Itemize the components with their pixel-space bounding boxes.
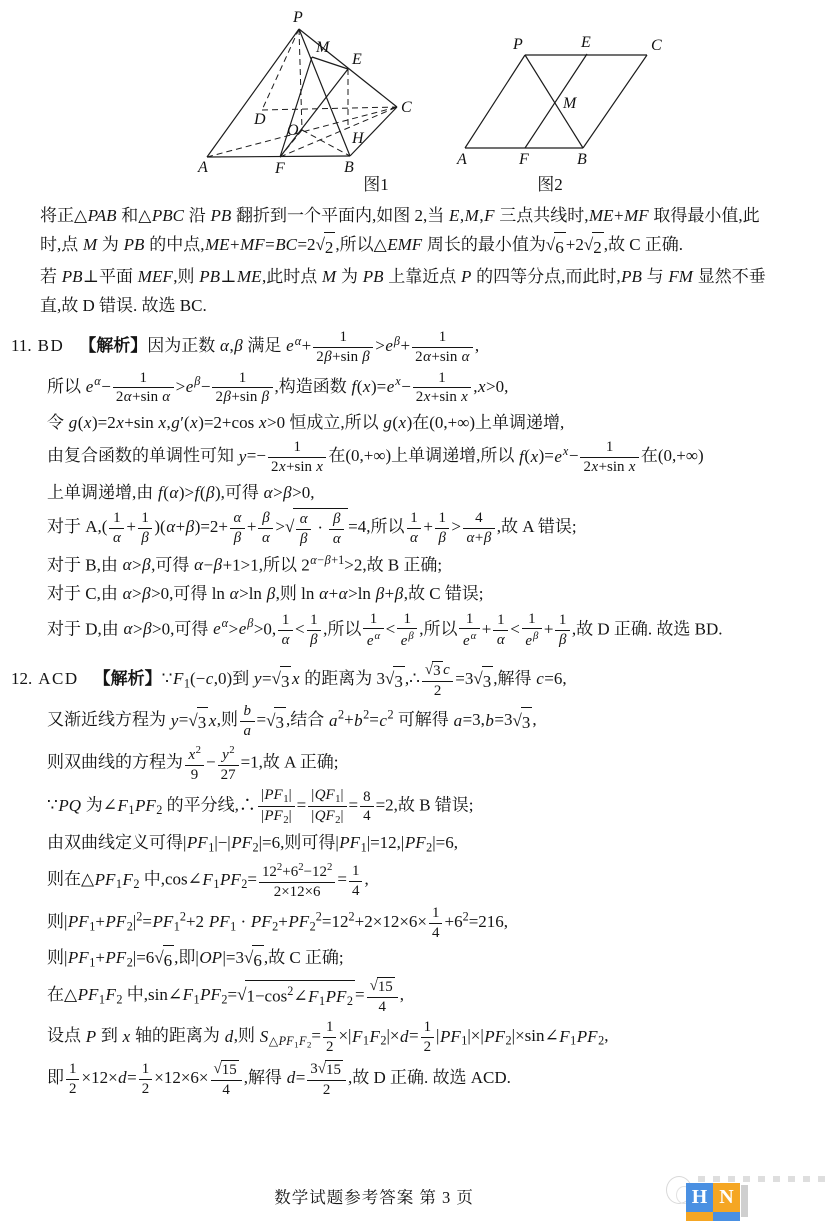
fraction: 1β xyxy=(307,612,321,648)
math-line: 所以 eα−12α+sin α>eβ−12β+sin β,构造函数 f(x)=e… xyxy=(11,369,819,407)
math-line: 令 g(x)=2x+sin x,g′(x)=2+cos x>0 恒成立,所以 g… xyxy=(11,409,819,436)
answer-letters: ACD xyxy=(38,669,78,688)
fraction: 12 xyxy=(421,1019,434,1055)
fraction: 12α+sin α xyxy=(412,329,473,365)
math-line: 上单调递增,由 f(α)>f(β),可得 α>β>0, xyxy=(11,479,819,506)
math-line: 又渐近线方程为 y=√3x,则ba=√3,结合 a2+b2=c2 可解得 a=3… xyxy=(11,702,819,740)
math-line: 将正△PAB 和△PBC 沿 PB 翻折到一个平面内,如图 2,当 E,M,F … xyxy=(11,202,819,229)
watermark-ghost-text xyxy=(698,1176,830,1182)
vertex-label-M: M xyxy=(562,95,578,112)
radical: √3 xyxy=(188,711,208,730)
vertex-label-C: C xyxy=(401,99,412,116)
fraction: 1eβ xyxy=(522,611,542,650)
answer-letters: BD xyxy=(38,336,65,355)
math-line: 则在△PF1F2 中,cos∠F1PF2=122+62−1222×12×6=14… xyxy=(11,860,819,901)
math-line: 则双曲线的方程为x29−y227=1,故 A 正确; xyxy=(11,743,819,784)
radical: √3 xyxy=(272,669,292,688)
math-line: 则|PF1+PF2|2=PF12+2 PF1 · PF2+PF22=122+2×… xyxy=(11,904,819,942)
figure-1-caption: 图1 xyxy=(352,170,400,195)
fraction: 14 xyxy=(349,863,362,899)
vertex-label-A: A xyxy=(197,159,208,176)
fraction: 1β xyxy=(555,612,569,648)
fraction: |QF1||QF2| xyxy=(308,787,346,826)
vertex-label-P: P xyxy=(512,36,523,53)
vertex-label-M: M xyxy=(315,39,331,56)
fraction: x29 xyxy=(185,744,204,783)
vertex-label-H: H xyxy=(351,130,365,147)
edge-EF xyxy=(280,69,348,157)
math-line: 则|PF1+PF2|=6√6,即|OP|=3√6,故 C 正确; xyxy=(11,944,819,974)
vertex-label-B: B xyxy=(577,151,587,168)
radical: √6 xyxy=(546,235,566,254)
edge-AP xyxy=(465,55,525,148)
math-line: 对于 A,(1α+1β)(α+β)=2+αβ+βα>√αβ · βα=4,所以1… xyxy=(11,508,819,548)
radical: √3 xyxy=(473,669,493,688)
radical: √2 xyxy=(584,235,604,254)
fraction: 1α xyxy=(109,510,124,546)
math-line: 由双曲线定义可得|PF1|−|PF2|=6,则可得|PF1|=12,|PF2|=… xyxy=(11,829,819,858)
fraction: 12 xyxy=(323,1019,336,1055)
fraction: 1α xyxy=(407,510,422,546)
fraction: 12 xyxy=(139,1061,152,1097)
fraction: 12 xyxy=(66,1061,79,1097)
vertex-label-F: F xyxy=(518,151,529,168)
fraction: 12x+sin x xyxy=(268,439,326,475)
edge-CP xyxy=(299,29,397,107)
fraction: 3√152 xyxy=(307,1060,346,1098)
vertex-label-A: A xyxy=(456,151,467,168)
math-line: 对于 C,由 α>β>0,可得 ln α>ln β,则 ln α+α>ln β+… xyxy=(11,580,819,607)
vertex-label-D: D xyxy=(253,111,266,128)
radical: √2 xyxy=(316,235,336,254)
question-item-12: 12.ACD【解析】∵F1(−c,0)到 y=√3x 的距离为 3√3,∴√3c… xyxy=(11,660,819,1099)
math-line: 12.ACD【解析】∵F1(−c,0)到 y=√3x 的距离为 3√3,∴√3c… xyxy=(11,660,819,700)
vertex-label-F: F xyxy=(274,160,285,177)
fraction: αβ xyxy=(296,511,311,547)
math-line: ∵PQ 为∠F1PF2 的平分线,∴|PF1||PF2|=|QF1||QF2|=… xyxy=(11,786,819,827)
fraction: 12x+sin x xyxy=(413,370,471,406)
figure-2-caption: 图2 xyxy=(526,170,574,195)
math-line: 对于 D,由 α>β>0,可得 eα>eβ>0,1α<1β,所以1eα<1eβ,… xyxy=(11,610,819,651)
logo-letter-h: H xyxy=(686,1183,713,1212)
fraction: 12β+sin β xyxy=(313,329,373,365)
fraction: 14 xyxy=(429,905,442,941)
math-line: 在△PF1F2 中,sin∠F1PF2=√1−cos2∠F1PF2=√154, xyxy=(11,976,819,1016)
figure-1-diagram: PMECDOHAFB xyxy=(150,2,450,182)
radical: √αβ · βα xyxy=(285,517,348,536)
fraction: 84 xyxy=(360,789,373,825)
radical: √6 xyxy=(244,948,264,967)
fraction: y227 xyxy=(218,744,239,783)
edge-PO xyxy=(299,29,302,130)
figure-2-diagram: PECMAFB xyxy=(450,30,680,180)
paragraph-q10-tail: 将正△PAB 和△PBC 沿 PB 翻折到一个平面内,如图 2,当 E,M,F … xyxy=(11,202,819,319)
fraction: 12x+sin x xyxy=(580,439,638,475)
fraction: 122+62−1222×12×6 xyxy=(259,861,335,900)
math-line: 设点 P 到 x 轴的距离为 d,则 S△PF1F2=12×|F1F2|×d=1… xyxy=(11,1018,819,1056)
math-line: 由复合函数的单调性可知 y=−12x+sin x在(0,+∞)上单调递增,所以 … xyxy=(11,438,819,476)
math-line: 11.BD【解析】因为正数 α,β 满足 eα+12β+sin β>eβ+12α… xyxy=(11,328,819,366)
radical: √15 xyxy=(318,1061,343,1077)
edge-PD xyxy=(262,29,299,110)
fraction: 4α+β xyxy=(463,510,495,546)
fraction: √154 xyxy=(211,1060,242,1098)
radical: √3 xyxy=(266,711,286,730)
fraction: 1eβ xyxy=(397,611,417,650)
edge-DC xyxy=(262,107,397,110)
page-footer: 数学试题参考答案 第 3 页 xyxy=(0,1184,748,1208)
vertex-label-O: O xyxy=(287,122,299,139)
figure-1: PMECDOHAFB xyxy=(150,2,450,187)
logo-letter-n: N xyxy=(713,1183,740,1212)
question-number: 11. xyxy=(11,336,32,355)
fraction: √3c2 xyxy=(422,661,453,699)
vertex-label-E: E xyxy=(351,51,362,68)
edge-AP xyxy=(207,29,299,157)
fraction: βα xyxy=(329,511,344,547)
fraction: 1eα xyxy=(459,611,479,650)
logo-strip xyxy=(686,1212,713,1221)
edge-FE xyxy=(525,54,587,148)
radical: √3 xyxy=(513,711,533,730)
fraction: |PF1||PF2| xyxy=(258,787,295,826)
logo-strip xyxy=(713,1212,740,1221)
radical: √3 xyxy=(425,662,443,678)
edge-MF xyxy=(280,57,312,157)
exam-answer-page: { "page": { "footer": "数学试题参考答案 第 3 页" }… xyxy=(0,0,832,1228)
fraction: 1α xyxy=(493,612,508,648)
vertex-label-P: P xyxy=(292,9,303,26)
fraction: √154 xyxy=(367,977,398,1015)
fraction: αβ xyxy=(230,510,245,546)
fraction: ba xyxy=(240,703,254,739)
question-item-11: 11.BD【解析】因为正数 α,β 满足 eα+12β+sin β>eβ+12α… xyxy=(11,328,819,651)
book-page-edge xyxy=(741,1185,748,1217)
fraction: 1eα xyxy=(363,611,383,650)
math-line: 直,故 D 错误. 故选 BC. xyxy=(11,292,819,319)
fraction: 12α+sin α xyxy=(113,370,174,406)
book-logo: H N xyxy=(686,1183,746,1223)
vertex-label-C: C xyxy=(651,37,662,54)
fraction: 1α xyxy=(278,612,293,648)
fraction: βα xyxy=(258,510,273,546)
answers-content: 将正△PAB 和△PBC 沿 PB 翻折到一个平面内,如图 2,当 E,M,F … xyxy=(11,200,819,1101)
fraction: 1β xyxy=(435,510,449,546)
math-line: 若 PB⊥平面 MEF,则 PB⊥ME,此时点 M 为 PB 上靠近点 P 的四… xyxy=(11,263,819,290)
fraction: 12β+sin β xyxy=(212,370,272,406)
question-number: 12. xyxy=(11,669,32,688)
edge-OB xyxy=(302,130,350,156)
publisher-logo: H N xyxy=(662,1162,832,1226)
radical: √1−cos2∠F1PF2 xyxy=(237,985,355,1004)
vertex-label-E: E xyxy=(580,34,591,51)
radical: √15 xyxy=(370,978,395,994)
math-line: 对于 B,由 α>β,可得 α−β+1>1,所以 2α−β+1>2,故 B 正确… xyxy=(11,551,819,579)
edge-CB xyxy=(583,55,647,148)
radical: √3 xyxy=(385,669,405,688)
figure-2: PECMAFB xyxy=(450,30,680,185)
math-line: 即12×12×d=12×12×6×√154,解得 d=3√152,故 D 正确.… xyxy=(11,1059,819,1099)
radical: √6 xyxy=(154,948,174,967)
edge-AB xyxy=(207,156,350,157)
radical: √15 xyxy=(214,1061,239,1077)
math-line: 时,点 M 为 PB 的中点,ME+MF=BC=2√2,所以△EMF 周长的最小… xyxy=(11,231,819,261)
fraction: 1β xyxy=(138,510,152,546)
